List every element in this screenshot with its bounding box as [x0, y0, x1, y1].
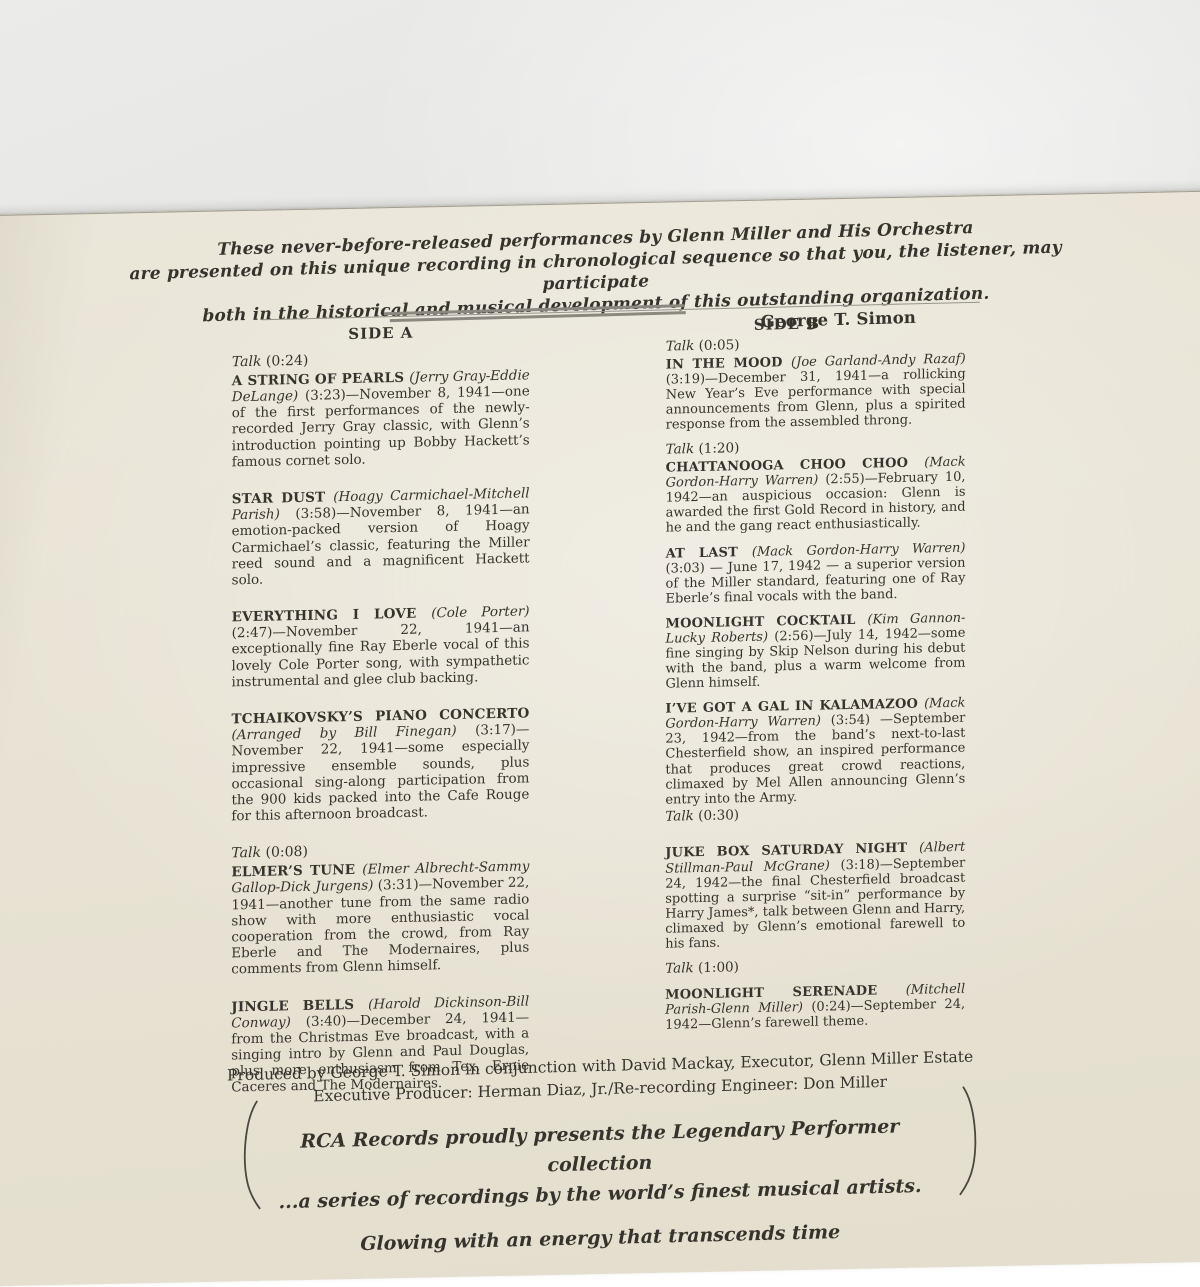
talk-line: Talk (1:00) — [665, 956, 965, 978]
track-title: STAR DUST — [232, 489, 334, 507]
talk-duration: (0:05) — [694, 337, 739, 354]
side-a-column: SIDE A Talk (0:24)A STRING OF PEARLS (Je… — [231, 321, 530, 1096]
track-composer-credit: (Cole Porter) — [431, 603, 529, 621]
track-entry: IN THE MOOD (Joe Garland-Andy Razaf) (3:… — [666, 352, 966, 433]
track-entry: CHATTANOOGA CHOO CHOO (Mack Gordon-Harry… — [666, 455, 966, 536]
talk-label: Talk — [666, 338, 695, 355]
ornament-bracket-right-icon — [957, 1084, 983, 1197]
talk-duration: (0:24) — [261, 353, 308, 370]
side-a-track-list: Talk (0:24)A STRING OF PEARLS (Jerry Gra… — [231, 348, 530, 1096]
album-back-cover: These never-before-released performances… — [0, 189, 1200, 1200]
track-entry: STAR DUST (Hoagy Carmichael-Mitchell Par… — [232, 485, 530, 588]
rca-collection-note: RCA Records proudly presents the Legenda… — [250, 1110, 950, 1200]
track-entry: MOONLIGHT COCKTAIL (Kim Gannon-Lucky Rob… — [665, 610, 965, 691]
track-entry: I’VE GOT A GAL IN KALAMAZOO (Mack Gordon… — [665, 696, 965, 808]
track-entry: MOONLIGHT SERENADE (Mitchell Parish-Glen… — [665, 981, 965, 1032]
track-entry: A STRING OF PEARLS (Jerry Gray-Eddie DeL… — [232, 367, 530, 470]
talk-label: Talk — [665, 808, 694, 825]
talk-duration: (1:20) — [694, 441, 739, 458]
talk-label: Talk — [665, 960, 694, 977]
talk-line: Talk (0:30) — [665, 803, 965, 825]
track-description: (2:47)—November 22, 1941—an exceptionall… — [232, 620, 530, 691]
talk-label: Talk — [231, 845, 261, 862]
track-description: (3:03) — June 17, 1942 — a superior vers… — [666, 555, 966, 606]
track-description: (3:19)—December 31, 1941—a rollicking Ne… — [666, 367, 966, 433]
track-entry: EVERYTHING I LOVE (Cole Porter) (2:47)—N… — [232, 603, 530, 690]
side-b-track-list: Talk (0:05)IN THE MOOD (Joe Garland-Andy… — [665, 334, 966, 1033]
talk-label: Talk — [232, 354, 262, 371]
track-entry: ELMER’S TUNE (Elmer Albrecht-Sammy Gallo… — [231, 859, 529, 978]
track-entry: JUKE BOX SATURDAY NIGHT (Albert Stillman… — [665, 840, 965, 952]
talk-duration: (0:30) — [694, 807, 739, 824]
track-entry: AT LAST (Mack Gordon-Harry Warren) (3:03… — [666, 540, 966, 606]
talk-duration: (1:00) — [694, 959, 739, 976]
talk-duration: (0:08) — [261, 844, 308, 861]
track-entry: TCHAIKOVSKY’S PIANO CONCERTO (Arranged b… — [231, 705, 529, 824]
side-b-column: SIDE B Talk (0:05)IN THE MOOD (Joe Garla… — [665, 313, 966, 1033]
talk-label: Talk — [666, 441, 695, 458]
track-title: AT LAST — [666, 544, 752, 561]
